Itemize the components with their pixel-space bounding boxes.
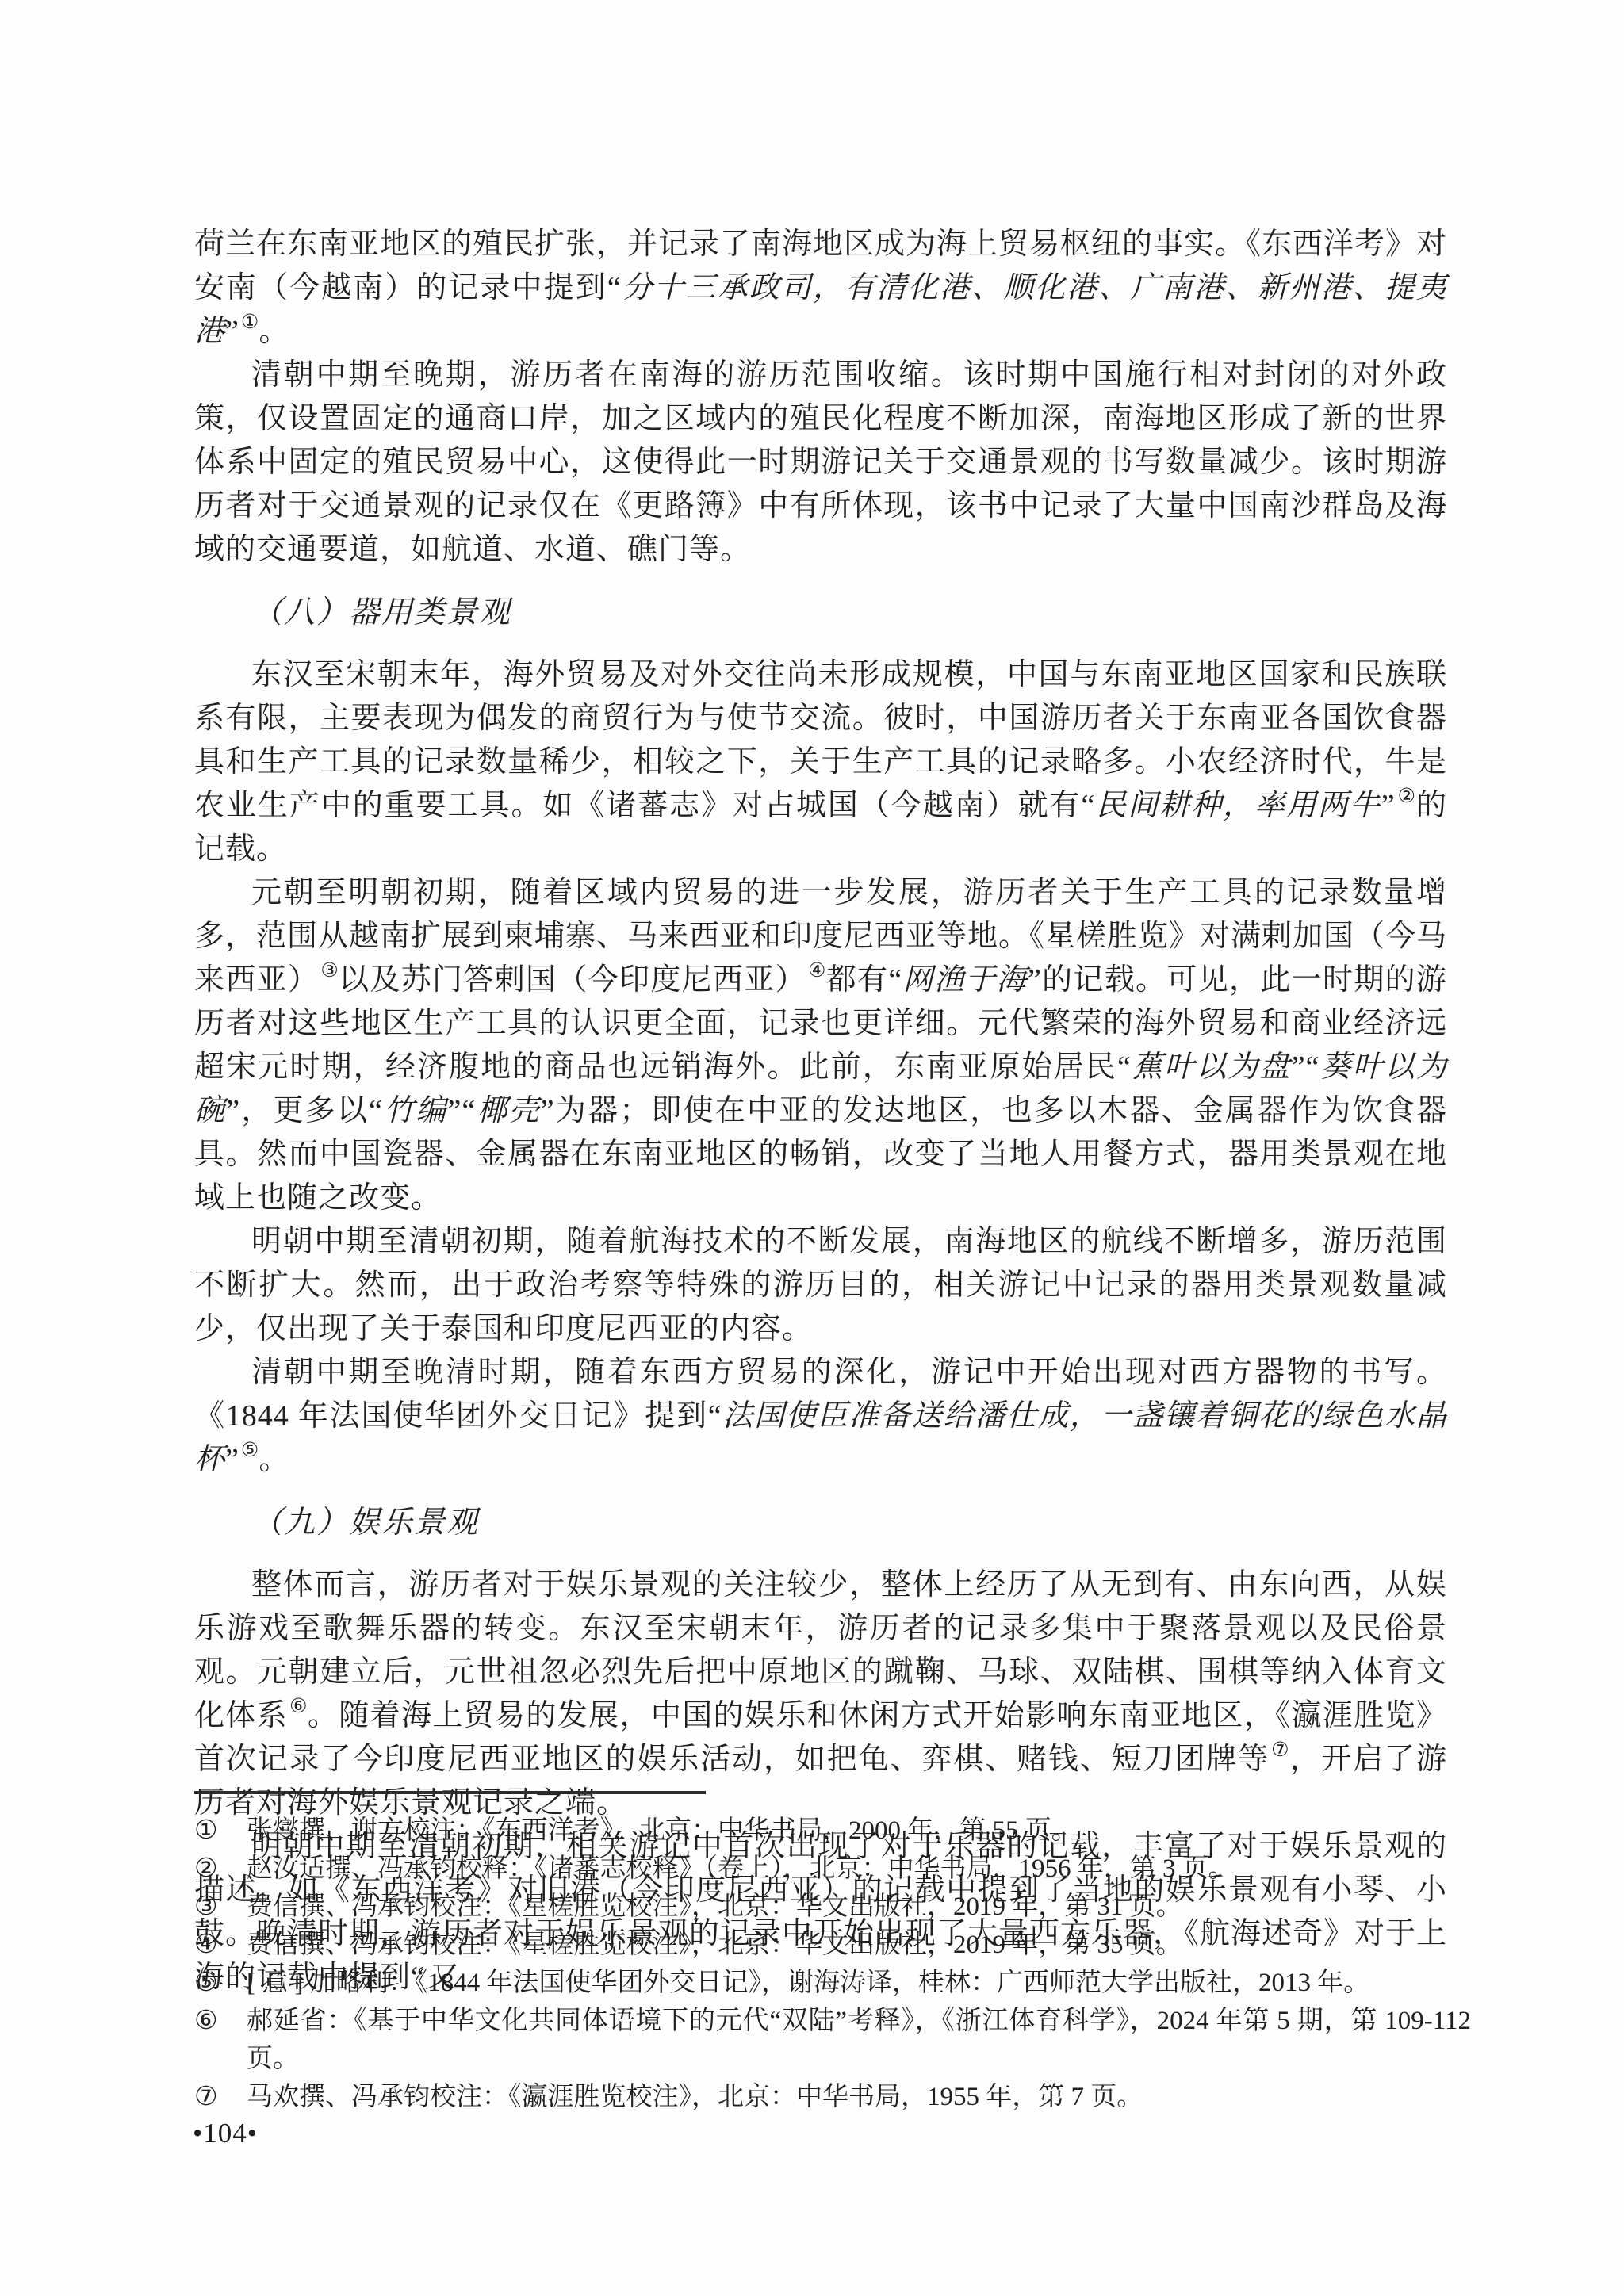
footnote-ref: ⑥: [288, 1696, 308, 1717]
footnote-marker: ⑥: [194, 2002, 247, 2078]
footnote-text: [ 意 ] 加略利：《1844 年法国使华团外交日记》，谢海涛译，桂林：广西师范…: [247, 1964, 1471, 2002]
paragraph: 元朝至明朝初期，随着区域内贸易的进一步发展，游历者关于生产工具的记录数量增多，范…: [194, 871, 1447, 1220]
text-run: 明朝中期至清朝初期，随着航海技术的不断发展，南海地区的航线不断增多，游历范围不断…: [194, 1225, 1447, 1345]
quoted-text: 蕉叶以为盘: [1132, 1050, 1292, 1084]
footnote-item: ①张燮撰、谢方校注：《东西洋考》，北京：中华书局，2000 年，第 55 页。: [194, 1812, 1471, 1850]
text-run: ”，更多以“: [226, 1094, 383, 1127]
text-run: ”“: [447, 1094, 476, 1127]
footnote-marker: ④: [194, 1926, 247, 1964]
text-run: ”: [1381, 789, 1396, 822]
footnote-text: 费信撰、冯承钧校注：《星槎胜览校注》，北京：华文出版社，2019 年，第 31 …: [247, 1888, 1471, 1926]
text-run: ”“: [1292, 1050, 1320, 1084]
footnote-marker: ①: [194, 1812, 247, 1850]
footnote-text: 赵汝适撰、冯承钧校释：《诸蕃志校释》（卷上），北京：中华书局，1956 年，第 …: [247, 1850, 1471, 1888]
footnote-marker: ⑤: [194, 1964, 247, 2002]
text-run: 。: [259, 315, 289, 348]
paragraph: 整体而言，游历者对于娱乐景观的关注较少，整体上经历了从无到有、由东向西，从娱乐游…: [194, 1563, 1447, 1825]
footnote-separator: [194, 1791, 706, 1794]
text-run: 。随着海上贸易的发展，中国的娱乐和休闲方式开始影响东南亚地区，《瀛涯胜览》首次记…: [194, 1699, 1447, 1776]
section-heading: （九）娱乐景观: [194, 1501, 1447, 1544]
paragraph: 荷兰在东南亚地区的殖民扩张，并记录了南海地区成为海上贸易枢纽的事实。《东西洋考》…: [194, 223, 1447, 354]
body-text: 荷兰在东南亚地区的殖民扩张，并记录了南海地区成为海上贸易枢纽的事实。《东西洋考》…: [194, 223, 1447, 1999]
footnote-item: ②赵汝适撰、冯承钧校释：《诸蕃志校释》（卷上），北京：中华书局，1956 年，第…: [194, 1850, 1471, 1888]
section-heading: （八）器用类景观: [194, 591, 1447, 634]
quoted-text: 民间耕种，率用两牛: [1095, 789, 1381, 822]
footnote-item: ⑥郝延省：《基于中华文化共同体语境下的元代“双陆”考释》，《浙江体育科学》，20…: [194, 2002, 1471, 2078]
footnote-item: ⑦马欢撰、冯承钧校注：《瀛涯胜览校注》，北京：中华书局，1955 年，第 7 页…: [194, 2078, 1471, 2116]
footnote-item: ⑤[ 意 ] 加略利：《1844 年法国使华团外交日记》，谢海涛译，桂林：广西师…: [194, 1964, 1471, 2002]
paragraph: 东汉至宋朝末年，海外贸易及对外交往尚未形成规模，中国与东南亚地区国家和民族联系有…: [194, 653, 1447, 871]
footnote-ref: ②: [1396, 786, 1416, 807]
footnote-marker: ⑦: [194, 2078, 247, 2116]
footnote-text: 马欢撰、冯承钧校注：《瀛涯胜览校注》，北京：中华书局，1955 年，第 7 页。: [247, 2078, 1471, 2116]
quoted-text: 网渔于海: [902, 963, 1028, 997]
text-run: 清朝中期至晚期，游历者在南海的游历范围收缩。该时期中国施行相对封闭的对外政策，仅…: [194, 358, 1447, 566]
footnote-marker: ③: [194, 1888, 247, 1926]
footnote-ref: ①: [239, 312, 259, 333]
quoted-text: 椰壳: [476, 1094, 541, 1127]
footnote-marker: ②: [194, 1850, 247, 1888]
footnote-item: ④费信撰、冯承钧校注：《星槎胜览校注》，北京：华文出版社，2019 年，第 35…: [194, 1926, 1471, 1964]
paragraph: 清朝中期至晚清时期，随着东西方贸易的深化，游记中开始出现对西方器物的书写。《18…: [194, 1351, 1447, 1482]
footnote-ref: ③: [319, 960, 339, 982]
footnote-text: 郝延省：《基于中华文化共同体语境下的元代“双陆”考释》，《浙江体育科学》，202…: [247, 2002, 1471, 2078]
footnote-ref: ⑦: [1270, 1739, 1289, 1761]
footnote-ref: ④: [806, 960, 826, 982]
footnote-ref: ⑤: [239, 1440, 259, 1461]
footnote-item: ③费信撰、冯承钧校注：《星槎胜览校注》，北京：华文出版社，2019 年，第 31…: [194, 1888, 1471, 1926]
paragraph: 清朝中期至晚期，游历者在南海的游历范围收缩。该时期中国施行相对封闭的对外政策，仅…: [194, 354, 1447, 572]
paragraph: 明朝中期至清朝初期，随着航海技术的不断发展，南海地区的航线不断增多，游历范围不断…: [194, 1220, 1447, 1351]
text-run: 以及苏门答剌国（今印度尼西亚）: [339, 963, 806, 997]
document-page: 荷兰在东南亚地区的殖民扩张，并记录了南海地区成为海上贸易枢纽的事实。《东西洋考》…: [0, 0, 1624, 2296]
footnote-text: 费信撰、冯承钧校注：《星槎胜览校注》，北京：华文出版社，2019 年，第 35 …: [247, 1926, 1471, 1964]
footnote-text: 张燮撰、谢方校注：《东西洋考》，北京：中华书局，2000 年，第 55 页。: [247, 1812, 1471, 1850]
text-run: ”: [225, 1443, 239, 1476]
text-run: 都有“: [826, 963, 903, 997]
footnotes: ①张燮撰、谢方校注：《东西洋考》，北京：中华书局，2000 年，第 55 页。②…: [194, 1812, 1471, 2116]
text-run: ”: [225, 315, 239, 348]
page-number: •104•: [193, 2117, 258, 2150]
text-run: 。: [259, 1443, 289, 1476]
quoted-text: 竹编: [383, 1094, 448, 1127]
